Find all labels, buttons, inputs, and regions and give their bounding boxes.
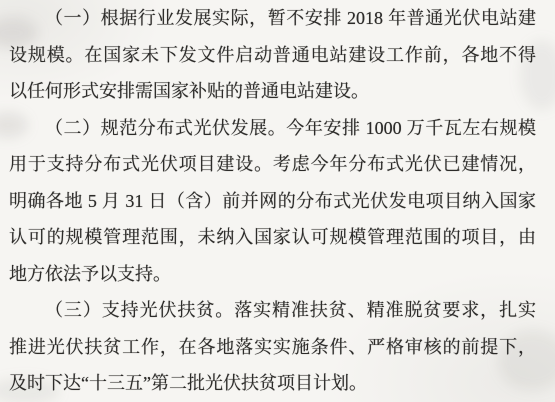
text-line: （三）支持光伏扶贫。落实精准扶贫、精准脱贫要求，扎实 — [9, 292, 536, 329]
text-line: 及时下达“十三五”第二批光伏扶贫项目计划。 — [9, 365, 536, 402]
text-line: 用于支持分布式光伏项目建设。考虑今年分布式光伏已建情况， — [9, 146, 536, 183]
scanned-document-page: （一）根据行业发展实际，暂不安排 2018 年普通光伏电站建 设规模。在国家未下… — [0, 0, 555, 402]
document-text: （一）根据行业发展实际，暂不安排 2018 年普通光伏电站建 设规模。在国家未下… — [9, 0, 536, 402]
text-line: 推进光伏扶贫工作，在各地落实实施条件、严格审核的前提下， — [9, 329, 536, 366]
paragraph-2: （二）规范分布式光伏发展。今年安排 1000 万千瓦左右规模 用于支持分布式光伏… — [9, 110, 536, 293]
text-line: 明确各地 5 月 31 日（含）前并网的分布式光伏发电项目纳入国家 — [9, 183, 536, 220]
text-line: 认可的规模管理范围，未纳入国家认可规模管理范围的项目，由 — [9, 219, 536, 256]
text-line: （一）根据行业发展实际，暂不安排 2018 年普通光伏电站建 — [9, 0, 536, 37]
text-line: 以任何形式安排需国家补贴的普通电站建设。 — [9, 73, 536, 110]
paragraph-3: （三）支持光伏扶贫。落实精准扶贫、精准脱贫要求，扎实 推进光伏扶贫工作，在各地落… — [9, 292, 536, 402]
text-line: 地方依法予以支持。 — [9, 256, 536, 293]
paragraph-1: （一）根据行业发展实际，暂不安排 2018 年普通光伏电站建 设规模。在国家未下… — [9, 0, 536, 110]
text-line: 设规模。在国家未下发文件启动普通电站建设工作前，各地不得 — [9, 37, 536, 74]
text-line: （二）规范分布式光伏发展。今年安排 1000 万千瓦左右规模 — [9, 110, 536, 147]
